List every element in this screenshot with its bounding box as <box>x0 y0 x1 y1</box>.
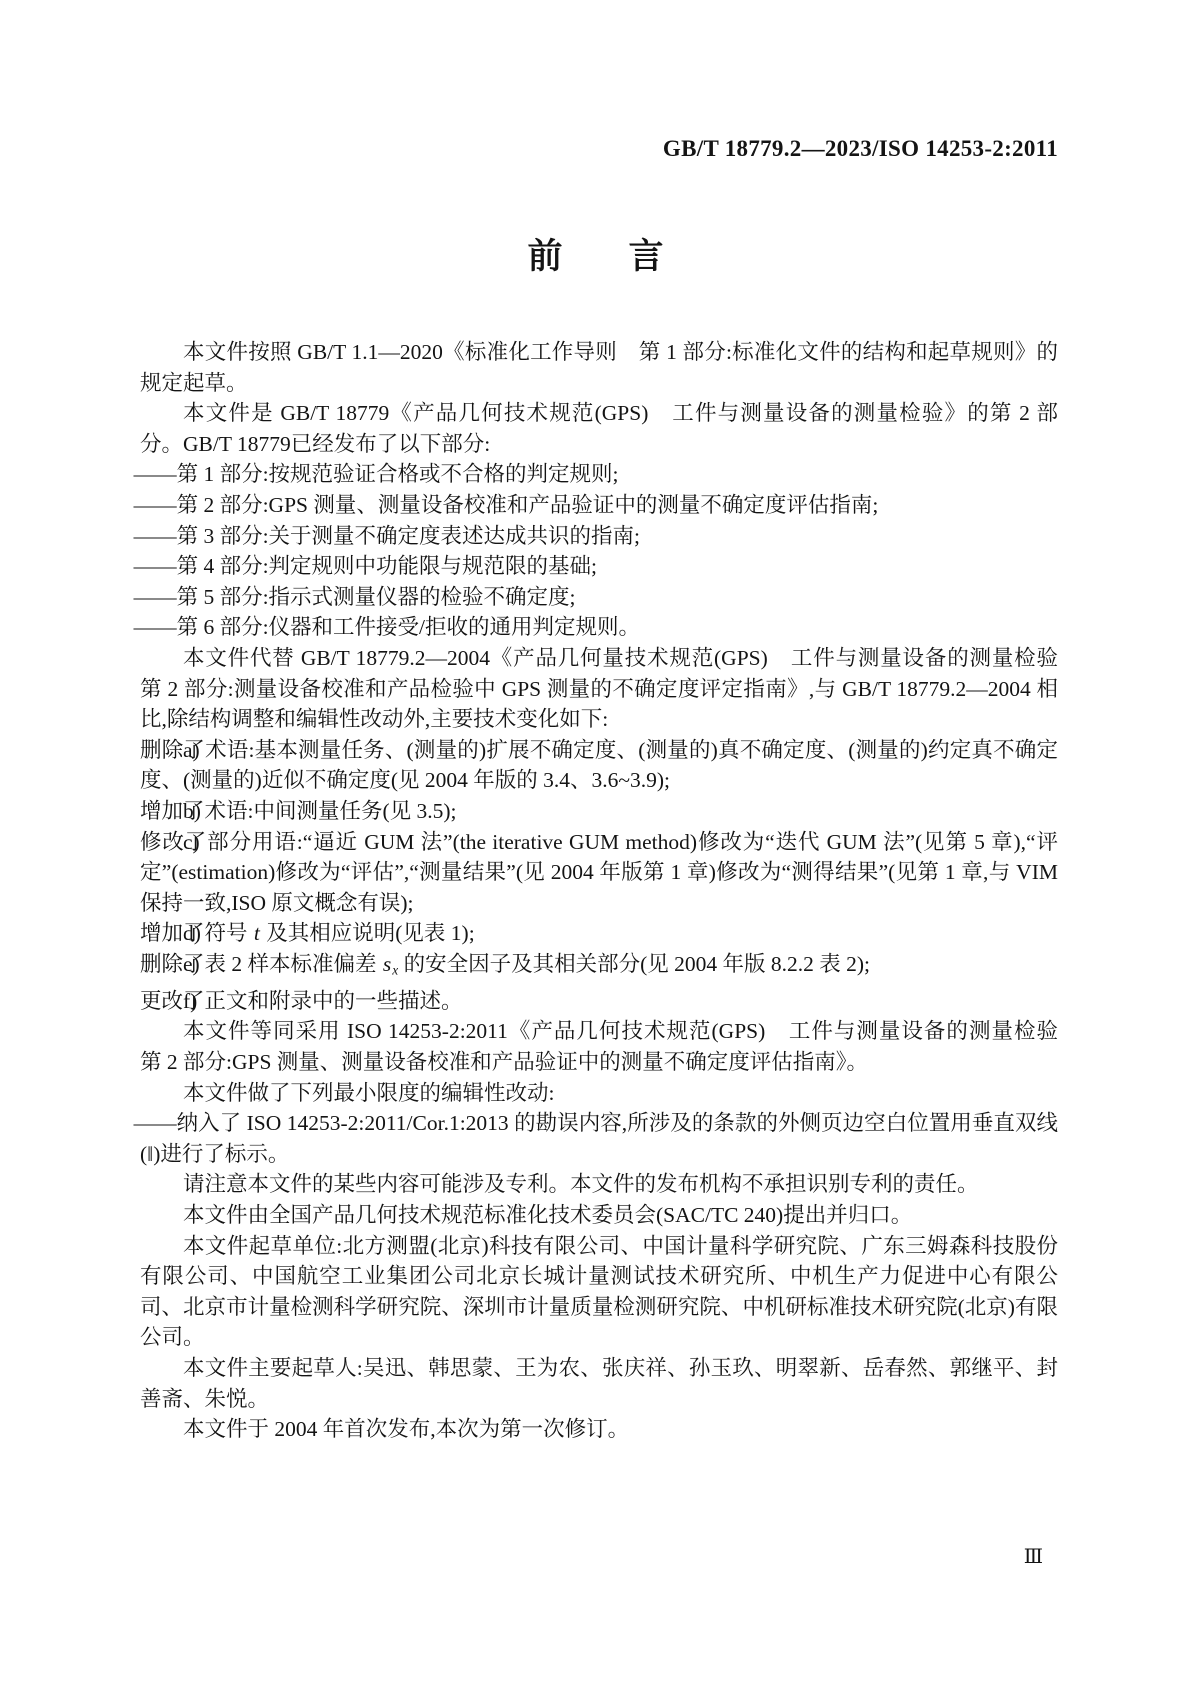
title-char-yan: 言 <box>629 236 664 278</box>
letter-item-d: d)增加了符号 t 及其相应说明(见表 1); <box>140 918 1058 949</box>
document-page: GB/T 18779.2—2023/ISO 14253-2:2011 前 言 本… <box>0 0 1191 1685</box>
symbol-s: s <box>382 952 392 976</box>
paragraph-patent-notice: 请注意本文件的某些内容可能涉及专利。本文件的发布机构不承担识别专利的责任。 <box>140 1169 1058 1200</box>
paragraph-revision-history: 本文件于 2004 年首次发布,本次为第一次修订。 <box>140 1414 1058 1445</box>
item-text-e-pre: 删除了表 2 样本标准偏差 <box>140 952 382 976</box>
page-title: 前 言 <box>0 236 1191 278</box>
item-text-a: 删除了术语:基本测量任务、(测量的)扩展不确定度、(测量的)真不确定度、(测量的… <box>140 738 1058 793</box>
dash-item-part2: ——第 2 部分:GPS 测量、测量设备校准和产品验证中的测量不确定度评估指南; <box>140 490 1058 521</box>
dash-item-part4: ——第 4 部分:判定规则中功能限与规范限的基础; <box>140 551 1058 582</box>
dash-item-part3: ——第 3 部分:关于测量不确定度表述达成共识的指南; <box>140 521 1058 552</box>
dash-item-part5: ——第 5 部分:指示式测量仪器的检验不确定度; <box>140 582 1058 613</box>
dash-item-part6: ——第 6 部分:仪器和工件接受/拒收的通用判定规则。 <box>140 612 1058 643</box>
paragraph-replacement: 本文件代替 GB/T 18779.2—2004《产品几何量技术规范(GPS) 工… <box>140 643 1058 735</box>
paragraph-editorial-intro: 本文件做了下列最小限度的编辑性改动: <box>140 1078 1058 1109</box>
paragraph-series-intro: 本文件是 GB/T 18779《产品几何技术规范(GPS) 工件与测量设备的测量… <box>140 398 1058 459</box>
paragraph-basis: 本文件按照 GB/T 1.1—2020《标准化工作导则 第 1 部分:标准化文件… <box>140 337 1058 398</box>
title-char-qian: 前 <box>527 236 562 278</box>
foreword-body: 本文件按照 GB/T 1.1—2020《标准化工作导则 第 1 部分:标准化文件… <box>140 337 1058 1445</box>
item-text-e-post: 的安全因子及其相关部分(见 2004 年版 8.2.2 表 2); <box>398 952 870 976</box>
letter-item-f: f)更改了正文和附录中的一些描述。 <box>140 986 1058 1017</box>
item-label-d: d) <box>183 918 201 949</box>
paragraph-committee: 本文件由全国产品几何技术规范标准化技术委员会(SAC/TC 240)提出并归口。 <box>140 1200 1058 1231</box>
letter-item-c: c)修改了部分用语:“逼近 GUM 法”(the iterative GUM m… <box>140 827 1058 919</box>
item-label-b: b) <box>183 796 201 827</box>
dash-item-part1: ——第 1 部分:按规范验证合格或不合格的判定规则; <box>140 459 1058 490</box>
paragraph-drafters: 本文件主要起草人:吴迅、韩思蒙、王为农、张庆祥、孙玉玖、明翠新、岳春然、郭继平、… <box>140 1353 1058 1414</box>
item-label-e: e) <box>183 949 200 980</box>
item-label-c: c) <box>183 827 200 858</box>
item-text-c: 修改了部分用语:“逼近 GUM 法”(the iterative GUM met… <box>140 830 1058 915</box>
item-text-d-post: 及其相应说明(见表 1); <box>261 921 475 945</box>
page-number: Ⅲ <box>1024 1544 1043 1569</box>
letter-item-a: a)删除了术语:基本测量任务、(测量的)扩展不确定度、(测量的)真不确定度、(测… <box>140 735 1058 796</box>
item-label-f: f) <box>183 986 197 1017</box>
dash-item-corrigendum: ——纳入了 ISO 14253-2:2011/Cor.1:2013 的勘误内容,… <box>140 1108 1058 1169</box>
item-label-a: a) <box>183 735 200 766</box>
letter-item-e: e)删除了表 2 样本标准偏差 sx 的安全因子及其相关部分(见 2004 年版… <box>140 949 1058 986</box>
paragraph-iso-adoption: 本文件等同采用 ISO 14253-2:2011《产品几何技术规范(GPS) 工… <box>140 1016 1058 1077</box>
symbol-t: t <box>253 921 261 945</box>
letter-item-b: b)增加了术语:中间测量任务(见 3.5); <box>140 796 1058 827</box>
paragraph-drafting-organizations: 本文件起草单位:北方测盟(北京)科技有限公司、中国计量科学研究院、广东三姆森科技… <box>140 1231 1058 1353</box>
standard-code-header: GB/T 18779.2—2023/ISO 14253-2:2011 <box>663 136 1058 162</box>
